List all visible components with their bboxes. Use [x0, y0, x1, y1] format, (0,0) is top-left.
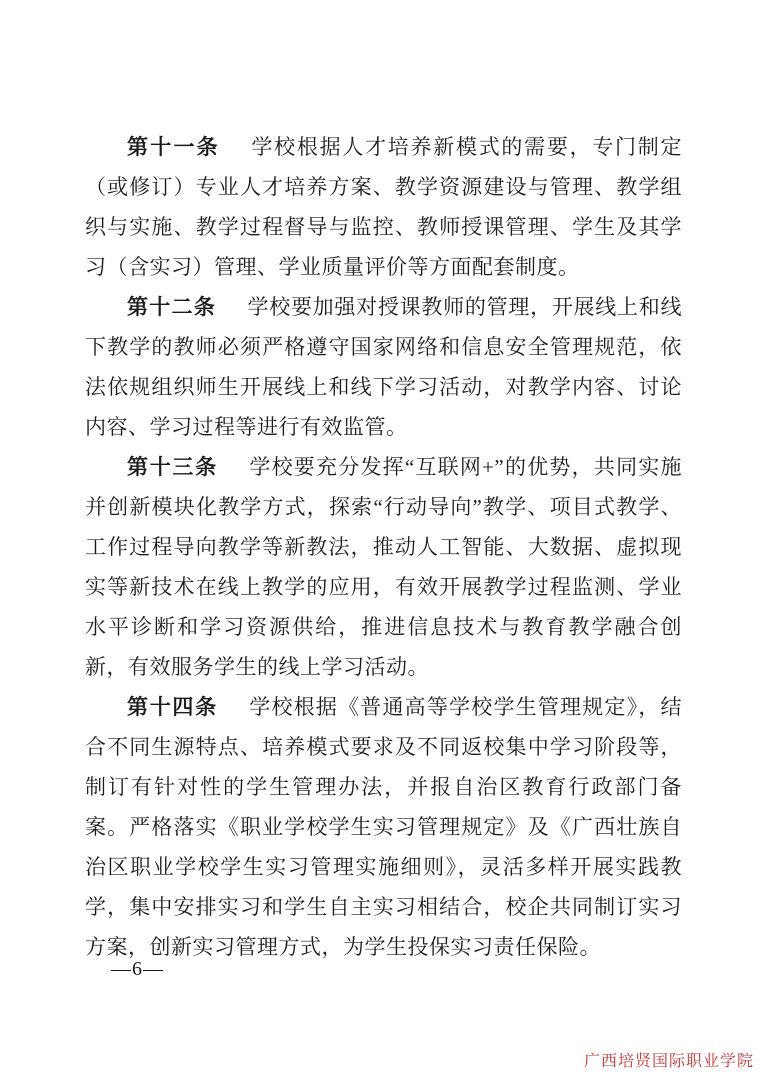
article-number: 第十二条	[127, 295, 216, 319]
document-page: 第十一条学校根据人才培养新模式的需要，专门制定（或修订）专业人才培养方案、教学资…	[0, 0, 764, 1080]
article-number: 第十一条	[127, 135, 220, 159]
page-number: —6—	[111, 958, 164, 981]
article-paragraph: 第十三条学校要充分发挥“互联网+”的优势，共同实施并创新模块化教学方式，探索“行…	[85, 447, 682, 687]
document-body: 第十一条学校根据人才培养新模式的需要，专门制定（或修订）专业人才培养方案、教学资…	[85, 127, 682, 967]
article-number: 第十四条	[127, 695, 218, 719]
article-paragraph: 第十一条学校根据人才培养新模式的需要，专门制定（或修订）专业人才培养方案、教学资…	[85, 127, 682, 287]
article-number: 第十三条	[127, 455, 218, 479]
article-paragraph: 第十四条学校根据《普通高等学校学生管理规定》，结合不同生源特点、培养模式要求及不…	[85, 687, 682, 967]
article-text: 学校要充分发挥“互联网+”的优势，共同实施并创新模块化教学方式，探索“行动导向”…	[85, 455, 682, 679]
article-text: 学校根据《普通高等学校学生管理规定》，结合不同生源特点、培养模式要求及不同返校集…	[85, 695, 682, 959]
institution-watermark: 广西培贤国际职业学院	[584, 1048, 754, 1071]
article-paragraph: 第十二条学校要加强对授课教师的管理，开展线上和线下教学的教师必须严格遵守国家网络…	[85, 287, 682, 447]
